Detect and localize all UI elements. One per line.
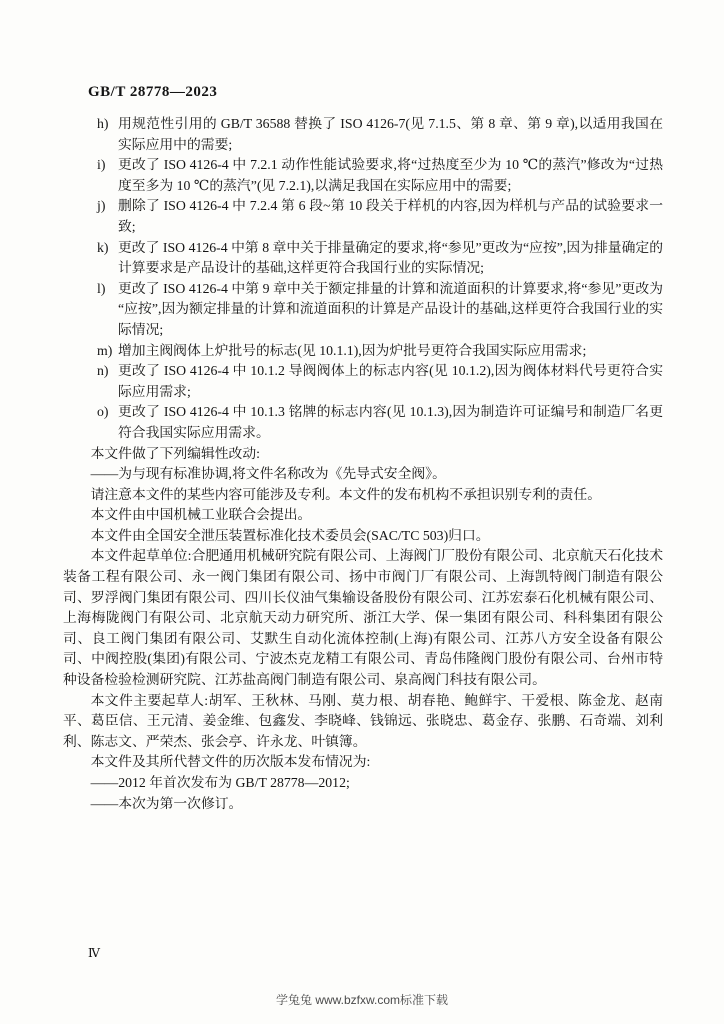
list-item-label: k) — [97, 238, 118, 279]
list-item-label: i) — [97, 155, 118, 196]
paragraph-version-history-intro: 本文件及其所代替文件的历次版本发布情况为: — [63, 752, 663, 773]
list-item-label: m) — [97, 341, 118, 362]
list-item: j) 删除了 ISO 4126-4 中 7.2.4 第 6 段~第 10 段关于… — [97, 196, 663, 237]
list-item-label: h) — [97, 114, 118, 155]
list-item-text: 用规范性引用的 GB/T 36588 替换了 ISO 4126-7(见 7.1.… — [118, 114, 663, 155]
paragraph-proposed-by: 本文件由中国机械工业联合会提出。 — [63, 505, 663, 526]
paragraph-rename-note: ——为与现有标准协调,将文件名称改为《先导式安全阀》。 — [63, 464, 663, 485]
document-page: GB/T 28778—2023 h) 用规范性引用的 GB/T 36588 替换… — [0, 0, 724, 1024]
page-number: Ⅳ — [88, 946, 100, 961]
paragraph-editorial-changes: 本文件做了下列编辑性改动: — [63, 444, 663, 465]
list-item-label: o) — [97, 402, 118, 443]
list-item-label: n) — [97, 361, 118, 402]
list-item-label: l) — [97, 279, 118, 341]
foreword-content: h) 用规范性引用的 GB/T 36588 替换了 ISO 4126-7(见 7… — [63, 114, 663, 814]
paragraph-version-2012: ——2012 年首次发布为 GB/T 28778—2012; — [63, 773, 663, 794]
list-item-text: 删除了 ISO 4126-4 中 7.2.4 第 6 段~第 10 段关于样机的… — [118, 196, 663, 237]
list-item-text: 更改了 ISO 4126-4 中 7.2.1 动作性能试验要求,将“过热度至少为… — [118, 155, 663, 196]
paragraph-centralized-by: 本文件由全国安全泄压装置标准化技术委员会(SAC/TC 503)归口。 — [63, 526, 663, 547]
list-item: n) 更改了 ISO 4126-4 中 10.1.2 导阀阀体上的标志内容(见 … — [97, 361, 663, 402]
paragraph-drafting-organizations: 本文件起草单位:合肥通用机械研究院有限公司、上海阀门厂股份有限公司、北京航天石化… — [63, 546, 663, 690]
paragraph-patent-notice: 请注意本文件的某些内容可能涉及专利。本文件的发布机构不承担识别专利的责任。 — [63, 485, 663, 506]
list-item-text: 更改了 ISO 4126-4 中 10.1.3 铭牌的标志内容(见 10.1.3… — [118, 402, 663, 443]
amendment-list: h) 用规范性引用的 GB/T 36588 替换了 ISO 4126-7(见 7… — [63, 114, 663, 444]
list-item-text: 更改了 ISO 4126-4 中第 8 章中关于排量确定的要求,将“参见”更改为… — [118, 238, 663, 279]
list-item-text: 更改了 ISO 4126-4 中第 9 章中关于额定排量的计算和流道面积的计算要… — [118, 279, 663, 341]
watermark-text: 学兔兔 www.bzfxw.com标准下载 — [276, 991, 448, 1008]
list-item-text: 更改了 ISO 4126-4 中 10.1.2 导阀阀体上的标志内容(见 10.… — [118, 361, 663, 402]
paragraph-main-drafters: 本文件主要起草人:胡军、王秋林、马刚、莫力根、胡春艳、鲍鲜宇、干爱根、陈金龙、赵… — [63, 691, 663, 753]
list-item-text: 增加主阀阀体上炉批号的标志(见 10.1.1),因为炉批号更符合我国实际应用需求… — [118, 341, 663, 362]
list-item-label: j) — [97, 196, 118, 237]
list-item: h) 用规范性引用的 GB/T 36588 替换了 ISO 4126-7(见 7… — [97, 114, 663, 155]
list-item: m) 增加主阀阀体上炉批号的标志(见 10.1.1),因为炉批号更符合我国实际应… — [97, 341, 663, 362]
list-item: k) 更改了 ISO 4126-4 中第 8 章中关于排量确定的要求,将“参见”… — [97, 238, 663, 279]
list-item: o) 更改了 ISO 4126-4 中 10.1.3 铭牌的标志内容(见 10.… — [97, 402, 663, 443]
list-item: l) 更改了 ISO 4126-4 中第 9 章中关于额定排量的计算和流道面积的… — [97, 279, 663, 341]
paragraph-first-revision: ——本次为第一次修订。 — [63, 794, 663, 815]
list-item: i) 更改了 ISO 4126-4 中 7.2.1 动作性能试验要求,将“过热度… — [97, 155, 663, 196]
standard-number: GB/T 28778—2023 — [88, 84, 217, 101]
